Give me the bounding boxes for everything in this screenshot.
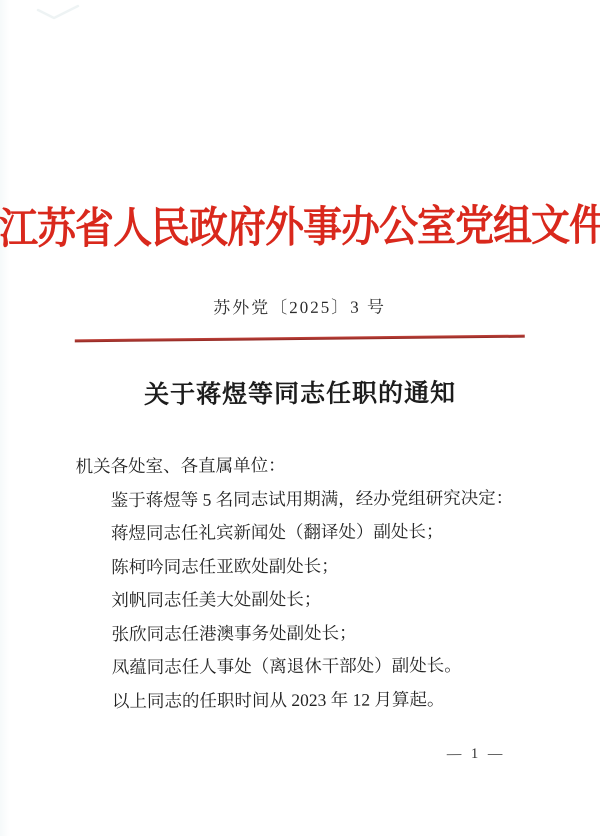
page-number: — 1 — bbox=[2, 745, 600, 766]
red-divider-line bbox=[75, 335, 525, 342]
document-content: 江苏省人民政府外事办公室党组文件 苏外党〔2025〕3 号 关于蒋煜等同志任职的… bbox=[0, 0, 600, 836]
document-body: 机关各处室、各直属单位： 鉴于蒋煜等 5 名同志试用期满，经办党组研究决定： 蒋… bbox=[75, 448, 533, 719]
body-line: 刘帆同志任美大处副处长； bbox=[76, 582, 532, 618]
salutation-line: 机关各处室、各直属单位： bbox=[75, 448, 531, 484]
body-line: 张欣同志任港澳事务处副处长； bbox=[76, 615, 532, 651]
body-line: 以上同志的任职时间从 2023 年 12 月算起。 bbox=[77, 682, 533, 718]
document-page: 江苏省人民政府外事办公室党组文件 苏外党〔2025〕3 号 关于蒋煜等同志任职的… bbox=[0, 0, 600, 836]
document-number: 苏外党〔2025〕3 号 bbox=[0, 291, 600, 320]
red-header-title: 江苏省人民政府外事办公室党组文件 bbox=[0, 191, 599, 256]
body-line: 凤蕴同志任人事处（离退休干部处）副处长。 bbox=[77, 649, 533, 685]
body-line: 陈柯吟同志任亚欧处副处长； bbox=[76, 548, 532, 584]
body-line: 鉴于蒋煜等 5 名同志试用期满，经办党组研究决定： bbox=[76, 481, 532, 517]
body-line: 蒋煜同志任礼宾新闻处（翻译处）副处长； bbox=[76, 515, 532, 551]
document-title: 关于蒋煜等同志任职的通知 bbox=[0, 372, 600, 412]
